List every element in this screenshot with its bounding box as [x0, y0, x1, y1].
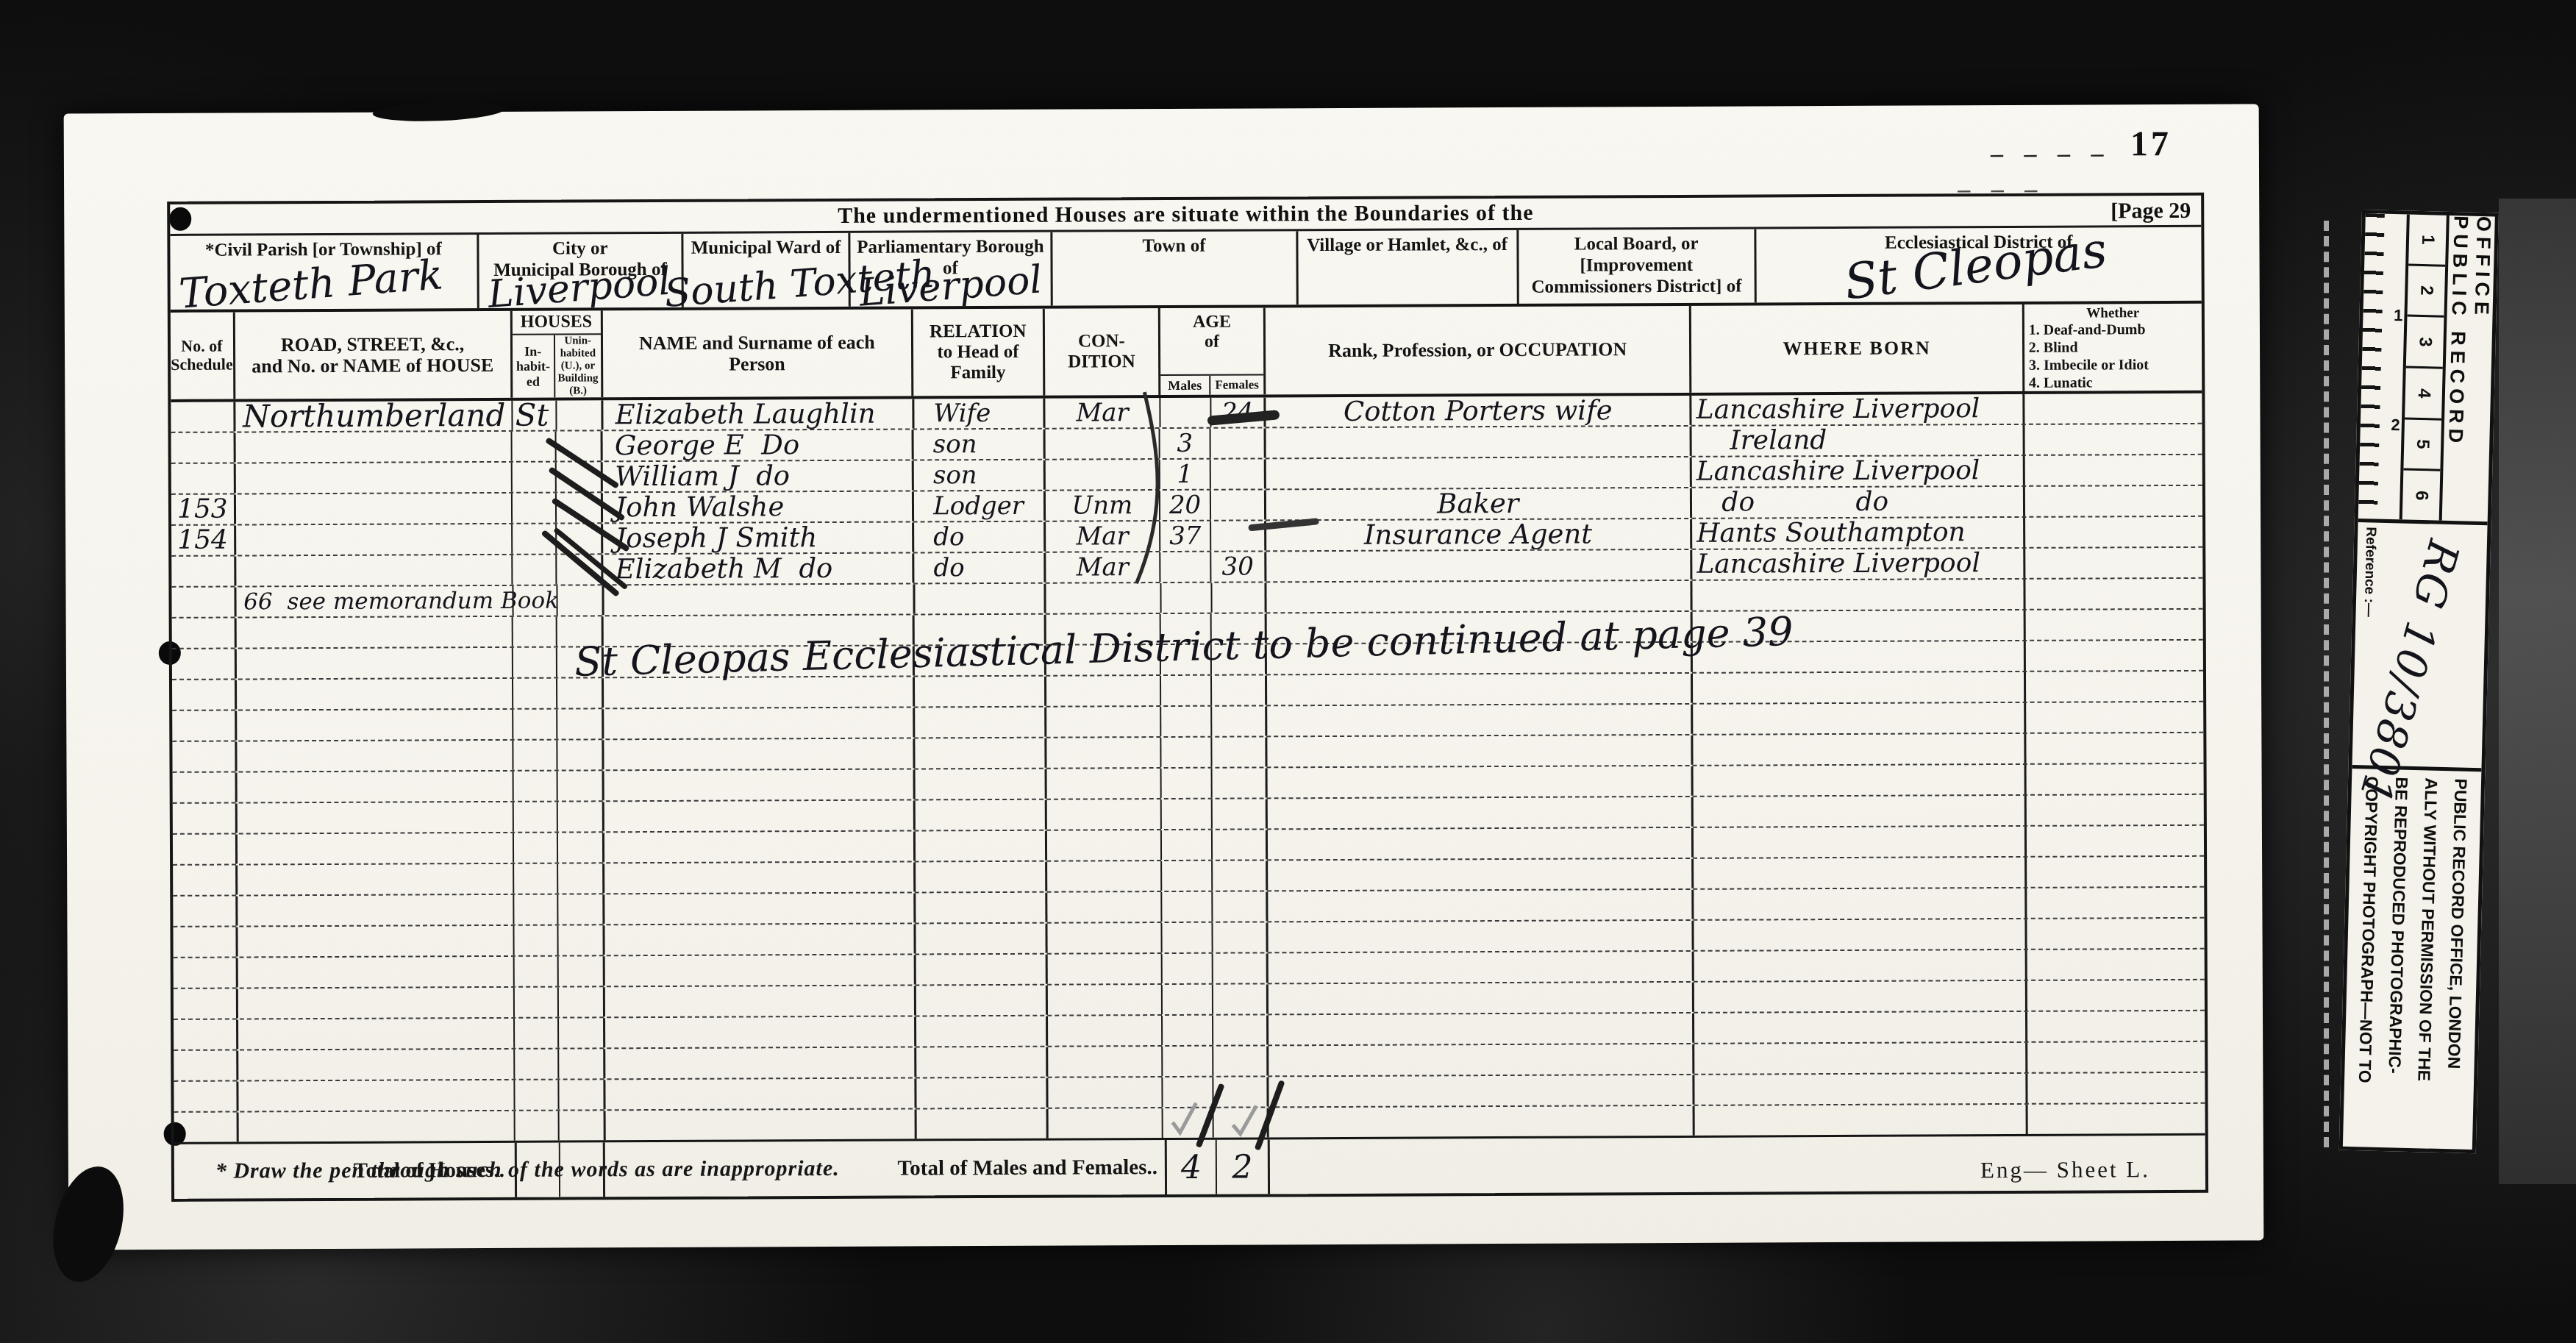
cell-age-male — [1160, 799, 1211, 829]
cell-where-born — [1691, 827, 2024, 858]
cell-relation — [913, 584, 1044, 614]
cell-where-born: Lancashire Liverpool — [1690, 549, 2023, 580]
cell-uninhabited — [554, 431, 601, 460]
cell-whether — [2022, 455, 2202, 485]
cell-age-male: 1 — [1159, 460, 1210, 489]
cell-uninhabited — [557, 1080, 604, 1109]
cell-where-born — [1691, 765, 2024, 796]
cell-occupation — [1265, 581, 1691, 613]
scan-dashes: – – – – — [1991, 140, 2111, 168]
cell-inhabited — [512, 741, 556, 770]
footnote: * Draw the pen through such of the words… — [215, 1156, 840, 1184]
cell-street — [233, 463, 510, 494]
pro-office-title: PUBLIC RECORD OFFICE — [2442, 215, 2495, 521]
cell-uninhabited — [556, 833, 602, 862]
cell-whether — [2024, 795, 2203, 825]
cell-age-male — [1159, 398, 1210, 427]
copyright-box: COPYRIGHT PHOTOGRAPH—NOT TO BE REPRODUCE… — [2343, 769, 2482, 1150]
cell-age-male — [1160, 583, 1210, 613]
cell-uninhabited — [556, 740, 602, 769]
cell-inhabited — [512, 586, 556, 616]
cell-schedule — [174, 1020, 236, 1050]
cell-inhabited — [512, 802, 556, 832]
cell-age-female — [1213, 1108, 1267, 1137]
cell-occupation — [1266, 983, 1692, 1014]
cell-name — [604, 1109, 915, 1140]
cell-where-born — [1692, 950, 2025, 981]
cell-name — [603, 893, 914, 924]
cell-inhabited — [511, 524, 555, 554]
cell-whether — [2024, 950, 2204, 980]
cell-relation — [913, 769, 1045, 799]
cell-occupation: Cotton Porters wife — [1264, 396, 1690, 427]
cell-occupation — [1266, 1014, 1692, 1045]
col-inhabited: In- habit- ed — [512, 335, 555, 397]
cell-condition — [1043, 429, 1159, 459]
pro-reference-strip: 1 2 123456 PUBLIC RECORD OFFICE Referenc… — [2339, 210, 2499, 1153]
cell-where-born: Ireland — [1690, 425, 2023, 456]
cell-street — [234, 555, 511, 586]
cell-condition — [1045, 954, 1161, 984]
cell-schedule — [172, 649, 235, 679]
cell-age-female — [1211, 768, 1266, 797]
cell-occupation — [1265, 797, 1691, 829]
total-males-value: 4 — [1165, 1140, 1216, 1194]
cell-condition — [1043, 460, 1159, 490]
field-label: Municipal Ward of — [683, 233, 848, 260]
cell-condition — [1046, 1047, 1162, 1077]
cell-street — [235, 864, 513, 895]
cell-occupation — [1266, 890, 1691, 922]
cell-name: Joseph J Smith — [601, 522, 912, 553]
cell-street — [235, 679, 512, 710]
census-table-body: Northumberland St Elizabeth Laughlin Wif… — [171, 393, 2205, 1142]
cell-schedule — [172, 680, 235, 710]
cell-street — [235, 802, 513, 833]
cell-whether — [2024, 702, 2203, 733]
cell-whether — [2025, 1073, 2205, 1103]
cell-occupation — [1266, 1106, 1692, 1138]
cell-name: George E Do — [601, 430, 912, 460]
cell-where-born — [1693, 1105, 2026, 1136]
film-edge-dashes — [2324, 221, 2329, 1147]
cell-condition — [1046, 1108, 1162, 1139]
cell-name: Elizabeth M do — [602, 553, 913, 584]
cell-age-female — [1210, 521, 1264, 550]
col-males: Males — [1160, 376, 1210, 395]
census-sheet: 17 – – – – – – – The undermentioned Hous… — [64, 104, 2264, 1250]
cell-whether — [2022, 393, 2202, 424]
total-females-value: 2 — [1216, 1139, 1270, 1194]
cell-occupation — [1266, 1075, 1692, 1107]
cell-inhabited — [512, 710, 556, 739]
cell-occupation — [1265, 766, 1691, 798]
cell-age-female — [1210, 583, 1265, 612]
cell-inhabited — [511, 555, 555, 585]
cell-relation: son — [912, 430, 1043, 460]
cell-condition: Mar — [1043, 552, 1160, 583]
cell-name — [602, 862, 913, 893]
cell-name — [603, 1016, 914, 1047]
cell-condition — [1045, 830, 1161, 861]
pro-ruler: 1 2 123456 PUBLIC RECORD OFFICE — [2358, 213, 2495, 525]
col-relation: RELATION to Head of Family — [911, 309, 1043, 396]
cell-whether — [2025, 1011, 2205, 1041]
field-ecclesiastical-district: Ecclesiastical District of St Cleopas — [1754, 227, 2202, 303]
cell-schedule — [174, 1051, 236, 1080]
cell-name — [603, 924, 914, 955]
col-where-born: WHERE BORN — [1689, 304, 2022, 393]
cell-uninhabited — [557, 1018, 604, 1047]
cell-street — [236, 1050, 513, 1080]
whether-title: Whether — [2029, 305, 2197, 321]
cell-street — [235, 926, 513, 957]
column-headers: No. of Schedule ROAD, STREET, &c., and N… — [171, 304, 2202, 402]
cell-relation — [914, 955, 1046, 985]
col-condition: CON- DITION — [1042, 308, 1158, 396]
census-table: The undermentioned Houses are situate wi… — [167, 193, 2208, 1202]
cell-schedule — [171, 402, 233, 432]
ruler-cm-number: 2 — [2407, 266, 2445, 318]
col-females: Females — [1210, 375, 1264, 394]
cell-relation — [913, 862, 1045, 892]
cell-relation — [913, 708, 1044, 738]
cell-street — [235, 741, 512, 772]
cell-inhabited — [511, 494, 555, 523]
cell-condition — [1044, 738, 1160, 768]
cell-age-male — [1160, 707, 1210, 736]
cell-where-born — [1692, 1074, 2025, 1105]
cell-inhabited — [513, 1050, 557, 1079]
cell-schedule: 154 — [171, 526, 234, 555]
cell-uninhabited — [557, 863, 603, 893]
cell-where-born — [1691, 734, 2024, 765]
cell-whether — [2022, 424, 2202, 455]
cell-where-born — [1691, 858, 2024, 888]
cell-uninhabited — [557, 1049, 604, 1078]
cell-relation: Lodger — [912, 491, 1043, 521]
cell-occupation — [1266, 1044, 1692, 1076]
cell-schedule — [174, 1082, 236, 1111]
cell-age-female — [1211, 891, 1266, 921]
field-label: Town of — [1052, 231, 1296, 257]
cell-inhabited — [513, 864, 557, 894]
reference-label: Reference :— — [2360, 527, 2378, 617]
cell-relation — [913, 800, 1045, 830]
cell-whether — [2024, 919, 2204, 949]
cell-age-female — [1210, 737, 1265, 766]
cell-schedule: 153 — [171, 495, 234, 524]
cell-schedule — [174, 958, 236, 988]
cell-condition — [1044, 707, 1160, 737]
cell-age-female — [1209, 428, 1263, 457]
cell-whether — [2023, 486, 2202, 516]
cell-name: John Walshe — [601, 491, 912, 522]
cell-name — [602, 584, 913, 615]
cell-street — [236, 1019, 513, 1050]
cell-relation: son — [912, 460, 1043, 491]
field-civil-parish: *Civil Parish [or Township] of Toxteth P… — [170, 235, 477, 310]
cell-relation — [914, 1047, 1046, 1077]
scan-grain-band — [2499, 199, 2576, 1184]
cell-condition: Mar — [1043, 398, 1160, 428]
cell-inhabited — [511, 401, 555, 430]
cell-street — [235, 957, 513, 988]
col-uninhabited: Unin- habited (U.), or Building (B.) — [555, 335, 601, 397]
cell-uninhabited — [557, 956, 603, 986]
cell-inhabited — [510, 432, 554, 461]
cell-age-female — [1212, 984, 1266, 1014]
census-scan: 17 – – – – – – – The undermentioned Hous… — [0, 0, 2576, 1343]
cell-occupation: Baker — [1264, 488, 1690, 520]
cell-relation — [914, 986, 1046, 1016]
cell-relation — [915, 1109, 1046, 1139]
cell-occupation — [1266, 952, 1691, 983]
cell-relation — [913, 738, 1044, 769]
cell-schedule — [174, 1113, 237, 1142]
cell-age-female — [1210, 675, 1265, 705]
cell-condition — [1044, 583, 1160, 613]
cell-age-female: 30 — [1210, 552, 1264, 581]
cell-uninhabited — [554, 493, 601, 522]
cell-where-born — [1691, 888, 2024, 919]
ruler-inch-scale: 1 2 — [2358, 213, 2410, 519]
cell-inhabited — [513, 1111, 557, 1141]
ruler-cm-number: 6 — [2402, 471, 2441, 521]
cell-occupation — [1263, 427, 1689, 458]
field-label: Village or Hamlet, &c., of — [1298, 230, 1516, 257]
cell-age-male — [1160, 830, 1211, 860]
cell-street — [236, 1080, 513, 1111]
cell-occupation — [1265, 674, 1691, 705]
cell-name — [602, 800, 913, 831]
cell-uninhabited — [557, 1111, 604, 1140]
cell-where-born — [1691, 703, 2024, 734]
cell-name — [603, 955, 914, 986]
cell-relation — [913, 893, 1045, 923]
cell-age-male — [1160, 676, 1210, 705]
cell-uninhabited — [555, 400, 602, 430]
cell-street — [234, 617, 511, 648]
cell-where-born — [1692, 1043, 2025, 1074]
cell-relation — [913, 677, 1044, 707]
cell-where-born — [1691, 580, 2024, 610]
cell-uninhabited — [556, 802, 602, 831]
scan-tear — [43, 1159, 135, 1289]
cell-uninhabited — [557, 894, 603, 924]
cell-relation — [914, 924, 1046, 954]
cell-schedule — [173, 804, 235, 833]
cell-street — [235, 710, 512, 741]
cell-relation — [913, 831, 1045, 861]
cell-name — [602, 769, 913, 800]
cell-whether — [2023, 548, 2202, 578]
cell-name — [604, 1047, 915, 1078]
cell-street — [235, 895, 513, 926]
cell-where-born: do do — [1690, 487, 2023, 518]
cell-street — [234, 494, 511, 524]
pro-office-text: PUBLIC RECORD OFFICE — [2442, 215, 2495, 521]
cell-schedule — [171, 433, 234, 463]
cell-condition: Mar — [1043, 521, 1160, 552]
cell-age-male — [1160, 769, 1211, 798]
cell-condition — [1045, 923, 1161, 953]
cell-age-male: 37 — [1159, 521, 1210, 551]
cell-condition — [1045, 892, 1161, 922]
cell-name — [604, 1078, 915, 1109]
cell-age-female — [1211, 922, 1266, 952]
cell-uninhabited — [557, 925, 603, 955]
cell-occupation — [1266, 859, 1691, 891]
cell-age-female: 24 — [1210, 397, 1264, 427]
cell-uninhabited — [556, 709, 602, 738]
col-road-street: ROAD, STREET, &c., and No. or NAME of HO… — [233, 311, 510, 399]
sheet-label: Eng— Sheet L. — [1980, 1156, 2150, 1183]
cell-schedule — [173, 897, 235, 926]
cell-where-born: Hants Southampton — [1690, 518, 2023, 549]
cell-street — [235, 772, 512, 802]
cell-whether — [2023, 579, 2202, 609]
col-houses: HOUSES In- habit- ed Unin- habited (U.),… — [510, 310, 601, 398]
cell-schedule — [171, 464, 234, 494]
cell-condition — [1046, 1077, 1162, 1108]
cell-where-born: Lancashire Liverpool — [1690, 394, 2023, 425]
col-name: NAME and Surname of each Person — [600, 309, 911, 397]
cell-name — [603, 986, 914, 1016]
cell-uninhabited — [555, 524, 602, 553]
cell-street — [234, 524, 511, 555]
age-title: AGE of — [1193, 308, 1231, 374]
cell-schedule — [174, 989, 236, 1019]
cell-street — [236, 988, 513, 1019]
table-title: The undermentioned Houses are situate wi… — [838, 201, 1533, 229]
cell-inhabited — [513, 833, 557, 863]
field-label: Local Board, or [Improvement Commissione… — [1519, 229, 1754, 298]
cell-relation — [914, 1078, 1046, 1108]
cell-age-male — [1161, 1016, 1212, 1045]
cell-condition — [1044, 676, 1160, 706]
cell-relation: Wife — [912, 399, 1043, 429]
cell-age-female — [1210, 490, 1264, 519]
cell-age-male — [1162, 1077, 1213, 1107]
cell-name — [602, 831, 913, 862]
cell-schedule — [173, 773, 235, 802]
cell-street: Northumberland St — [233, 401, 511, 432]
cell-uninhabited — [557, 987, 603, 1016]
cell-name — [602, 708, 913, 738]
cell-uninhabited — [555, 555, 602, 584]
cell-age-female — [1212, 953, 1266, 983]
cell-name: William J do — [601, 460, 912, 491]
cell-age-female — [1211, 830, 1266, 859]
cell-whether — [2024, 888, 2204, 918]
cell-age-male — [1160, 738, 1211, 767]
cell-whether — [2023, 517, 2202, 547]
cell-whether — [2025, 1042, 2205, 1072]
houses-title: HOUSES — [512, 310, 600, 335]
cell-where-born — [1692, 981, 2025, 1012]
cell-schedule — [173, 835, 235, 864]
cell-street — [236, 1111, 513, 1142]
cell-age-male — [1161, 1047, 1212, 1076]
cell-street — [235, 833, 513, 864]
cell-age-female — [1212, 1077, 1266, 1106]
scan-tear — [372, 99, 505, 124]
cell-occupation — [1266, 828, 1691, 860]
cell-age-female — [1211, 799, 1266, 828]
cell-uninhabited — [556, 585, 602, 615]
col-age: AGE of Males Females — [1158, 307, 1264, 395]
cell-schedule — [173, 866, 235, 895]
copyright-text: COPYRIGHT PHOTOGRAPH—NOT TO BE REPRODUCE… — [2350, 776, 2475, 1086]
cell-inhabited — [513, 926, 557, 955]
cell-where-born — [1691, 919, 2024, 950]
cell-age-male — [1162, 1108, 1213, 1138]
cell-inhabited — [513, 957, 557, 986]
cell-age-male: 3 — [1159, 429, 1210, 458]
cell-age-male — [1160, 892, 1211, 922]
field-municipal-borough: City or Municipal Borough of Liverpool — [477, 234, 682, 308]
cell-relation — [914, 1016, 1046, 1047]
cell-schedule — [172, 742, 235, 772]
cell-age-male — [1161, 954, 1212, 983]
cell-whether — [2024, 857, 2204, 887]
col-schedule: No. of Schedule — [171, 313, 233, 399]
page-label: [Page 29 — [2111, 199, 2191, 224]
cell-name: Elizabeth Laughlin — [602, 399, 913, 430]
cell-age-male: 20 — [1159, 491, 1210, 520]
cell-age-male — [1159, 552, 1210, 582]
cell-inhabited — [513, 1019, 557, 1048]
cell-condition — [1044, 799, 1160, 830]
cell-schedule — [172, 619, 235, 648]
field-municipal-ward: Municipal Ward of South Toxteth — [681, 233, 849, 307]
ruler-cm-number: 1 — [2408, 215, 2447, 267]
cell-condition — [1046, 1016, 1162, 1046]
ruler-cm-number: 3 — [2406, 317, 2444, 369]
cell-occupation — [1265, 705, 1691, 736]
field-town: Town of — [1050, 231, 1296, 305]
cell-inhabited — [510, 463, 554, 492]
cell-where-born — [1691, 796, 2024, 827]
cell-where-born — [1691, 672, 2024, 703]
ruler-cm-number: 4 — [2405, 368, 2443, 421]
cell-whether — [2024, 826, 2204, 856]
cell-whether — [2025, 1104, 2205, 1134]
cell-uninhabited — [556, 771, 602, 800]
cell-occupation — [1263, 457, 1689, 489]
cell-occupation: Insurance Agent — [1264, 519, 1690, 551]
cell-whether — [2023, 610, 2202, 640]
cell-schedule — [172, 711, 235, 741]
cell-schedule — [171, 557, 234, 586]
cell-street — [233, 432, 510, 463]
cell-where-born — [1692, 1012, 2025, 1043]
cell-inhabited — [513, 1080, 557, 1110]
cell-relation: do — [912, 522, 1043, 552]
cell-occupation — [1264, 550, 1690, 582]
cell-occupation — [1265, 735, 1691, 767]
cell-whether — [2024, 733, 2203, 763]
cell-condition — [1044, 769, 1160, 799]
cell-inhabited — [513, 988, 557, 1017]
cell-schedule — [171, 588, 234, 617]
locality-header: *Civil Parish [or Township] of Toxteth P… — [170, 227, 2201, 313]
cell-whether — [2025, 980, 2205, 1011]
cell-condition: Unm — [1043, 491, 1160, 521]
cell-relation: do — [912, 553, 1043, 583]
cell-name — [602, 738, 913, 769]
